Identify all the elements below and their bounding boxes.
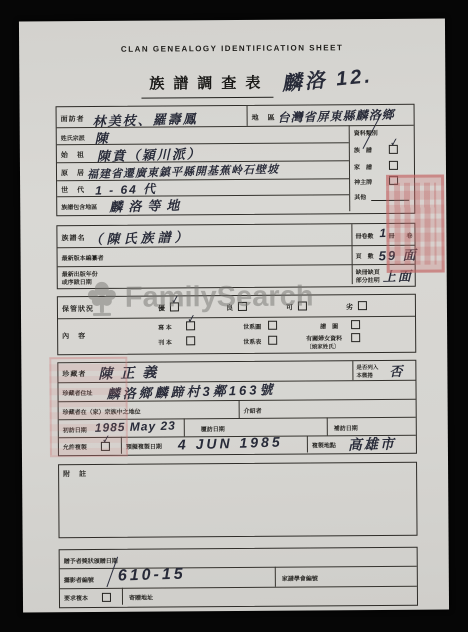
cond-opt-poor: 劣 [346, 302, 354, 312]
pages-value: 59 面 [378, 244, 418, 264]
photographer-value: 610-15 [118, 566, 186, 586]
coverage-label: 族譜包含地區 [61, 202, 97, 211]
content-pedigree-table: 世系表 [243, 337, 261, 346]
copy-date-value: 4 JUN 1985 [178, 434, 283, 453]
checkbox-printed [186, 336, 195, 345]
cond-opt-fair: 可 [286, 303, 294, 313]
copy-place-label: 複製地點 [312, 440, 336, 449]
revisit-label: 覆訪日期 [201, 424, 225, 433]
checkbox-good [238, 302, 247, 311]
notes-box: 附 註 [58, 462, 418, 539]
volumes-unit1: 冊 [388, 231, 394, 240]
content-printed: 刊 本 [158, 337, 172, 346]
holder-label: 珍藏者 [62, 369, 86, 379]
checkbox-poor [358, 301, 367, 310]
introducer-label: 介紹者 [244, 406, 262, 415]
english-title: CLAN GENEALOGY IDENTIFICATION SHEET [19, 43, 445, 55]
listed-label-line1: 是否列入 [356, 363, 378, 371]
pubdate-label-line2: 或序跋日期 [62, 277, 92, 286]
footer-table: 贈予者獎狀頒贈日期 攝影者編號 610-15 家譜學會編號 要求複本 寄贈地址 [59, 547, 418, 609]
category-item-tablet: 神主牌 [354, 177, 372, 186]
content-women-data: 有關婦女資料 [306, 333, 342, 342]
generations-label: 世 代 [61, 185, 85, 195]
data-category-block: 資料類別 族 譜 ✓ 家 譜 神主牌 其他 [349, 125, 415, 211]
checkbox-request-copy [102, 593, 111, 602]
clan-label: 姓氏宗派 [61, 133, 85, 142]
cond-opt-good: 良 [226, 303, 234, 313]
volumes-value: 1 [379, 226, 388, 240]
photographer-label: 攝影者編號 [64, 575, 94, 584]
checkbox-jiapu [389, 161, 398, 170]
content-genealogy-chart: 譜 圖 [320, 321, 338, 330]
checkbox-genealogy-chart [351, 320, 360, 329]
position-label: 珍藏者在（家）宗族中之地位 [63, 407, 141, 417]
checkbox-women-data [351, 333, 360, 342]
book-info-table: 族譜名 （陳氏族譜） 冊卷數 1 冊 卷 最新版本編纂者 頁 數 59 面 最新… [56, 223, 415, 290]
book-name-label: 族譜名 [61, 233, 85, 243]
checkbox-pedigree-chart [268, 321, 277, 330]
content-manuscript: 寫 本 [158, 322, 172, 331]
row-coverage: 族譜包含地區 麟洛等地 [57, 194, 349, 213]
check-mark: ✓ [101, 434, 112, 446]
pages-label: 頁 數 [356, 251, 374, 260]
listed-label-line2: 本微捲 [356, 371, 373, 379]
book-name-value: （陳氏族譜） [89, 226, 192, 248]
society-label: 家譜學會編號 [282, 573, 318, 582]
checkbox-pedigree-table [268, 336, 277, 345]
content-women-note: 〔娘家姓氏〕 [306, 342, 339, 350]
category-title: 資料類別 [354, 128, 378, 137]
handwritten-annotation: 麟洛 12. [280, 59, 374, 96]
cond-opt-excellent: 優 [158, 303, 166, 313]
founder-label: 始 祖 [61, 150, 85, 160]
missing-label-line2: 部分註明 [356, 275, 380, 284]
category-item-zupu: 族 譜 [354, 145, 372, 154]
volumes-label: 冊卷數 [355, 231, 373, 240]
condition-content-table: 保管狀況 優 ✓ 良 可 劣 內 容 寫 本 ✓ 世系圖 譜 圖 刊 本 世系表… [57, 294, 416, 356]
address-label: 珍藏者住址 [63, 388, 93, 397]
content-label: 內 容 [62, 331, 86, 341]
request-label: 要求複本 [64, 593, 88, 602]
missing-value: 上面 [382, 265, 413, 285]
permit-label: 允許複製 [63, 442, 87, 451]
holder-table: 珍藏者 陳正義 是否列入 本微捲 否 珍藏者住址 麟洛鄉麟蹄村3鄰163號 珍藏… [57, 360, 417, 457]
copy-place-value: 高雄市 [348, 433, 397, 454]
editor-label: 最新版本編纂者 [62, 253, 104, 262]
row-pubdate: 最新出版年份 或序跋日期 缺冊缺頁 部分註明 上面 [58, 264, 415, 286]
interviewer-label: 面訪者 [61, 114, 85, 124]
row-request: 要求複本 寄贈地址 [60, 586, 417, 605]
checkbox-fair [298, 301, 307, 310]
other-underline [371, 192, 409, 201]
copy-date-label: 預擬複製日期 [126, 442, 162, 451]
checkbox-tablet [389, 176, 398, 185]
category-item-jiapu: 家 譜 [354, 162, 372, 171]
content-pedigree-chart: 世系圖 [243, 322, 261, 331]
first-visit-label: 初訪日期 [63, 425, 87, 434]
condition-label: 保管狀況 [62, 304, 94, 314]
holder-value: 陳正義 [98, 362, 165, 384]
coverage-value: 麟洛等地 [109, 195, 186, 216]
followup-label: 補訪日期 [334, 423, 358, 432]
send-address-label: 寄贈地址 [129, 593, 153, 602]
form-title: 族譜調查表 [141, 72, 273, 99]
region-label: 地 區 [252, 113, 276, 123]
check-mark: ✓ [389, 137, 400, 149]
check-mark: ✓ [186, 314, 197, 326]
category-item-other: 其他 [354, 192, 366, 201]
region-value: 台灣省屏東縣麟洛鄉 [277, 106, 394, 126]
row-content: 內 容 寫 本 ✓ 世系圖 譜 圖 刊 本 世系表 有關婦女資料 〔娘家姓氏〕 [58, 316, 415, 353]
basic-info-table: 面訪者 林美枝、羅壽鳳 地 區 台灣省屏東縣麟洛鄉 姓氏宗派 陳 始 祖 陳賁（… [56, 104, 416, 217]
notes-label: 附 註 [63, 469, 87, 479]
check-mark: ✓ [170, 295, 181, 307]
volumes-unit2: 卷 [406, 231, 412, 240]
origin-label: 原 居 [61, 168, 85, 178]
row-copy: 允許複製 ✓ 預擬複製日期 4 JUN 1985 複製地點 高雄市 [59, 435, 416, 454]
listed-value: 否 [389, 361, 405, 380]
award-label: 贈予者獎狀頒贈日期 [64, 556, 118, 565]
document: CLAN GENEALOGY IDENTIFICATION SHEET 族譜調查… [19, 19, 449, 613]
first-visit-value: 1985 May 23 [95, 419, 176, 435]
